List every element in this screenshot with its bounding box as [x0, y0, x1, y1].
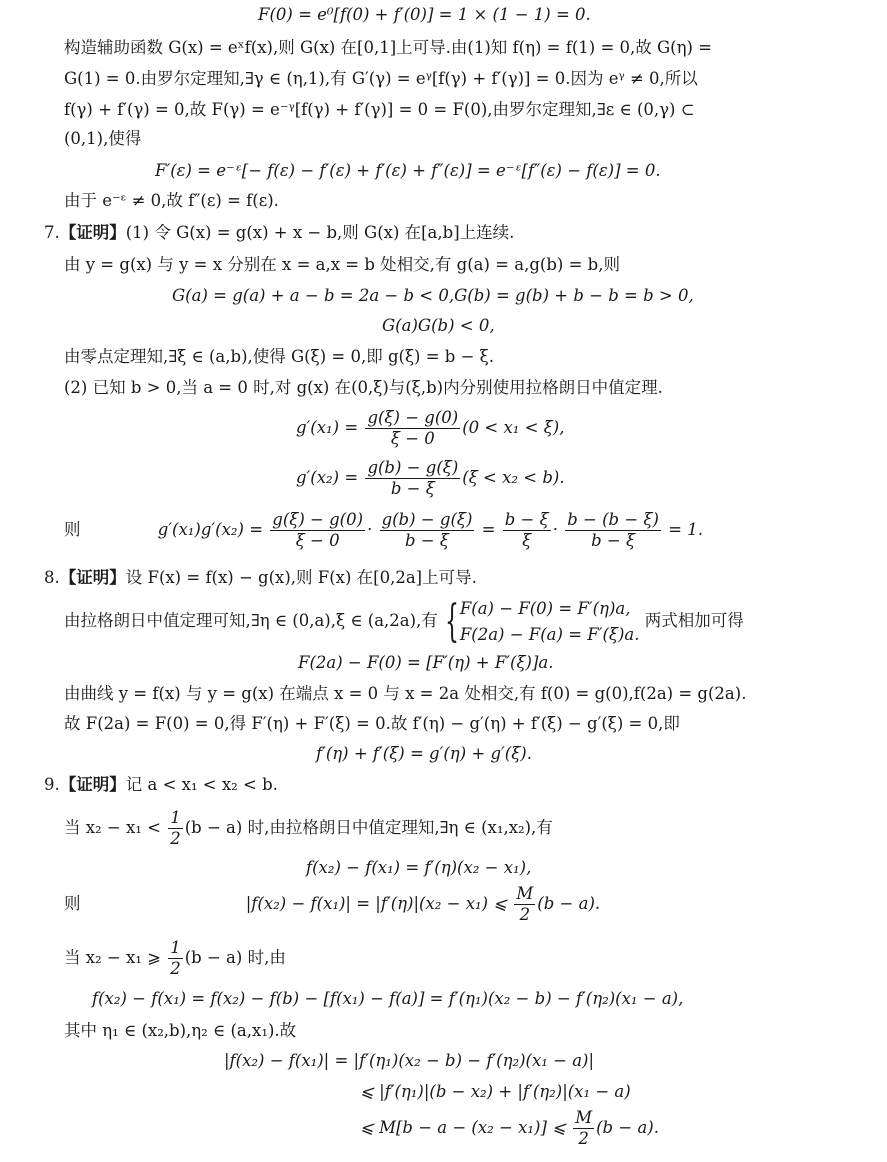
problem-number: 8.: [44, 568, 60, 587]
proof-tag: 【证明】: [60, 775, 126, 794]
text-line: (2) 已知 b > 0,当 a = 0 时,对 g(x) 在(0,ξ)与(ξ,…: [64, 377, 663, 399]
text-line: f(γ) + f′(γ) = 0,故 F(γ) = e⁻ᵞ[f(γ) + f′(…: [64, 99, 695, 121]
case-1-condition: 当 x₂ − x₁ < 12(b − a) 时,由拉格朗日中值定理知,∃η ∈ …: [64, 806, 553, 850]
text: 设 F(x) = f(x) − g(x),则 F(x) 在[0,2a]上可导.: [126, 568, 477, 587]
problem-7: 7.【证明】(1) 令 G(x) = g(x) + x − b,则 G(x) 在…: [44, 222, 514, 244]
text-line: 故 F(2a) = F(0) = 0,得 F′(η) + F′(ξ) = 0.故…: [64, 713, 680, 735]
equation-abs-2: ⩽ |f′(η₁)|(b − x₂) + |f′(η₂)|(x₁ − a): [360, 1081, 631, 1103]
equation-sum: F(2a) − F(0) = [F′(η) + F′(ξ)]a.: [298, 652, 554, 674]
equation-F-prime-epsilon: F′(ε) = e⁻ᵋ[− f(ε) − f′(ε) + f′(ε) + f″(…: [155, 160, 661, 182]
text-line: 由曲线 y = f(x) 与 y = g(x) 在端点 x = 0 与 x = …: [64, 683, 746, 705]
text: 记 a < x₁ < x₂ < b.: [126, 775, 278, 794]
text-line: 其中 η₁ ∈ (x₂,b),η₂ ∈ (a,x₁).故: [64, 1020, 296, 1042]
problem-number: 7.: [44, 223, 60, 242]
text: (1) 令 G(x) = g(x) + x − b,则 G(x) 在[a,b]上…: [126, 223, 515, 242]
equation-conclusion-8: f′(η) + f′(ξ) = g′(η) + g′(ξ).: [316, 743, 532, 765]
text-line: G(1) = 0.由罗尔定理知,∃γ ∈ (η,1),有 G′(γ) = eᵞ[…: [64, 68, 698, 90]
equation-mvt: f(x₂) − f(x₁) = f′(η)(x₂ − x₁),: [306, 857, 531, 879]
problem-8: 8.【证明】设 F(x) = f(x) − g(x),则 F(x) 在[0,2a…: [44, 567, 477, 589]
equation-Ga-Gb: G(a) = g(a) + a − b = 2a − b < 0,G(b) = …: [172, 285, 694, 307]
text-line: 构造辅助函数 G(x) = eˣf(x),则 G(x) 在[0,1]上可导.由(…: [64, 37, 712, 59]
equation-system-line: 由拉格朗日中值定理可知,∃η ∈ (0,a),ξ ∈ (a,2a),有{F(a)…: [64, 594, 744, 648]
equation-product-derivatives: 则 g′(x₁)g′(x₂) = g(ξ) − g(0)ξ − 0· g(b) …: [64, 508, 703, 552]
equation-abs-3: ⩽ M[b − a − (x₂ − x₁)] ⩽ M2(b − a).: [360, 1106, 659, 1150]
equation-product: G(a)G(b) < 0,: [382, 315, 495, 337]
proof-tag: 【证明】: [60, 223, 126, 242]
text-line: 由 y = g(x) 与 y = x 分别在 x = a,x = b 处相交,有…: [64, 254, 620, 276]
text-line: (0,1),使得: [64, 128, 141, 150]
text-line: 由零点定理知,∃ξ ∈ (a,b),使得 G(ξ) = 0,即 g(ξ) = b…: [64, 346, 494, 368]
equation-F0: F(0) = e⁰[f(0) + f′(0)] = 1 × (1 − 1) = …: [258, 4, 591, 26]
proof-tag: 【证明】: [60, 568, 126, 587]
equation-split: f(x₂) − f(x₁) = f(x₂) − f(b) − [f(x₁) − …: [92, 988, 683, 1010]
equation-g-prime-x1: g′(x₁) = g(ξ) − g(0)ξ − 0(0 < x₁ < ξ),: [296, 406, 564, 450]
problem-9: 9.【证明】记 a < x₁ < x₂ < b.: [44, 774, 278, 796]
equation-g-prime-x2: g′(x₂) = g(b) − g(ξ)b − ξ(ξ < x₂ < b).: [296, 456, 565, 500]
case-2-condition: 当 x₂ − x₁ ⩾ 12(b − a) 时,由: [64, 936, 286, 980]
equation-bound-1: 则 |f(x₂) − f(x₁)| = |f′(η)|(x₂ − x₁) ⩽ M…: [64, 882, 600, 926]
equation-abs-1: |f(x₂) − f(x₁)| = |f′(η₁)(x₂ − b) − f′(η…: [224, 1050, 594, 1072]
text-line: 由于 e⁻ᵋ ≠ 0,故 f″(ε) = f(ε).: [64, 190, 279, 212]
problem-number: 9.: [44, 775, 60, 794]
